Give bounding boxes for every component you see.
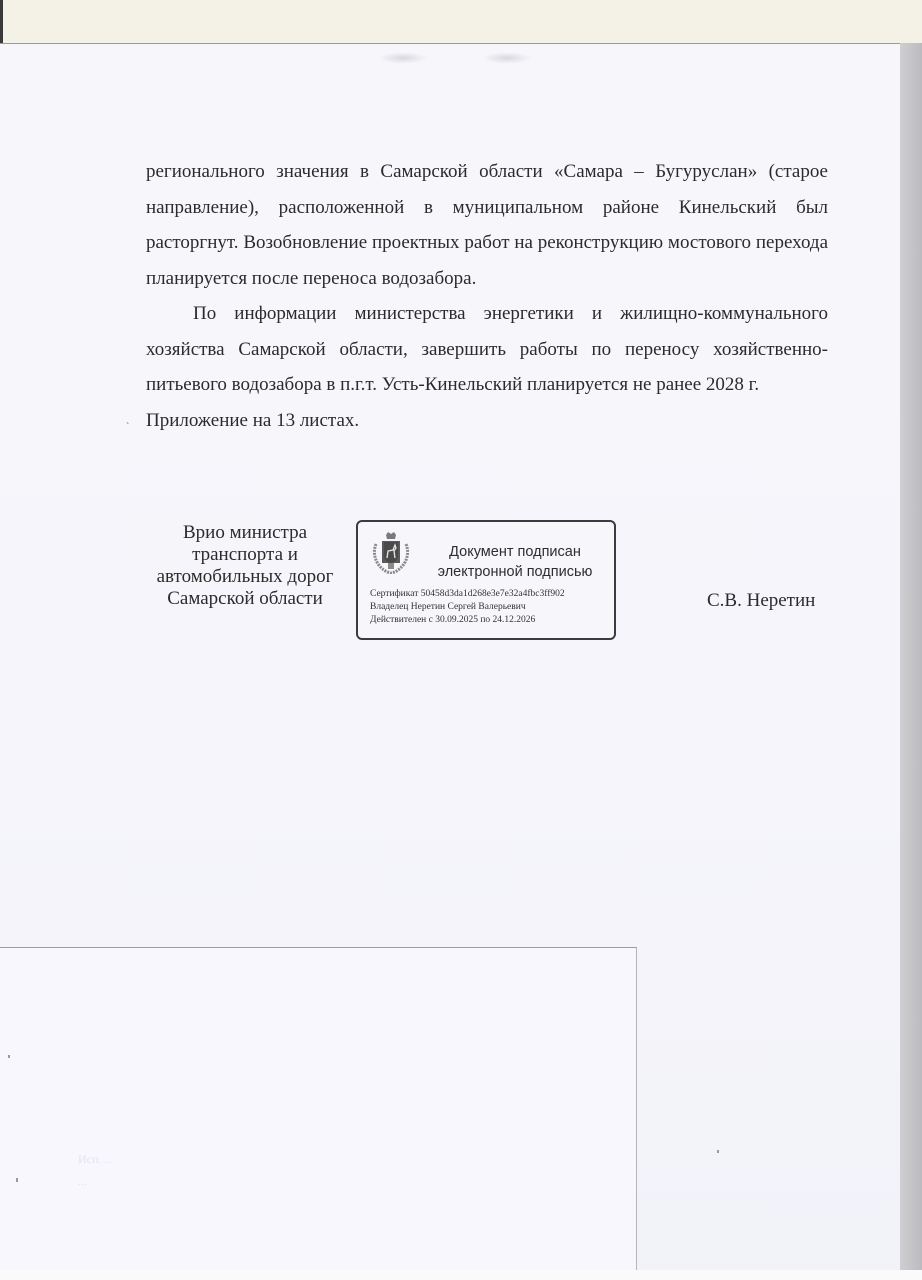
signer-name: С.В. Неретин bbox=[707, 590, 815, 612]
page-edge-shadow bbox=[900, 43, 922, 1280]
stamp-title-line: Документ подписан bbox=[420, 542, 610, 562]
faint-bleed-text: Исп. ... ... bbox=[78, 1148, 113, 1192]
certificate-validity: Действителен с 30.09.2025 по 24.12.2026 bbox=[370, 614, 565, 627]
scan-bottom-edge bbox=[0, 1270, 922, 1280]
stamp-title-line: электронной подписью bbox=[420, 562, 610, 582]
paragraph-energy-ministry: По информации министерства энергетики и … bbox=[146, 296, 828, 403]
bleed-through-mark bbox=[482, 52, 532, 64]
paragraph-continuation: регионального значения в Самарской облас… bbox=[146, 154, 828, 296]
attachment-note: Приложение на 13 листах. bbox=[146, 403, 828, 439]
faint-line: ... bbox=[78, 1170, 113, 1192]
faint-line: Исп. ... bbox=[78, 1148, 113, 1170]
document-body: регионального значения в Самарской облас… bbox=[146, 154, 828, 438]
paper-speck bbox=[16, 1178, 18, 1182]
bleed-through-mark bbox=[378, 52, 428, 64]
certificate-number: Сертификат 50458d3da1d268e3e7e32a4fbc3ff… bbox=[370, 588, 565, 601]
paper-speck bbox=[717, 1150, 719, 1153]
dark-edge bbox=[0, 0, 3, 44]
signer-position-line: Врио министра bbox=[140, 522, 350, 544]
signer-position-line: транспорта и bbox=[140, 544, 350, 566]
signer-position-line: Самарской области bbox=[140, 588, 350, 610]
certificate-owner: Владелец Неретин Сергей Валерьевич bbox=[370, 601, 565, 614]
stray-mark: ` bbox=[126, 422, 129, 433]
paper-speck bbox=[8, 1055, 10, 1058]
overlapping-sheet: Исп. ... ... bbox=[0, 947, 637, 1280]
signer-position: Врио министра транспорта и автомобильных… bbox=[140, 522, 350, 610]
stamp-title: Документ подписан электронной подписью bbox=[420, 542, 610, 582]
electronic-signature-stamp: Документ подписан электронной подписью С… bbox=[356, 520, 616, 640]
coat-of-arms-icon bbox=[370, 530, 412, 574]
signer-position-line: автомобильных дорог bbox=[140, 566, 350, 588]
background-top-strip bbox=[0, 0, 922, 44]
stamp-details: Сертификат 50458d3da1d268e3e7e32a4fbc3ff… bbox=[370, 588, 565, 627]
